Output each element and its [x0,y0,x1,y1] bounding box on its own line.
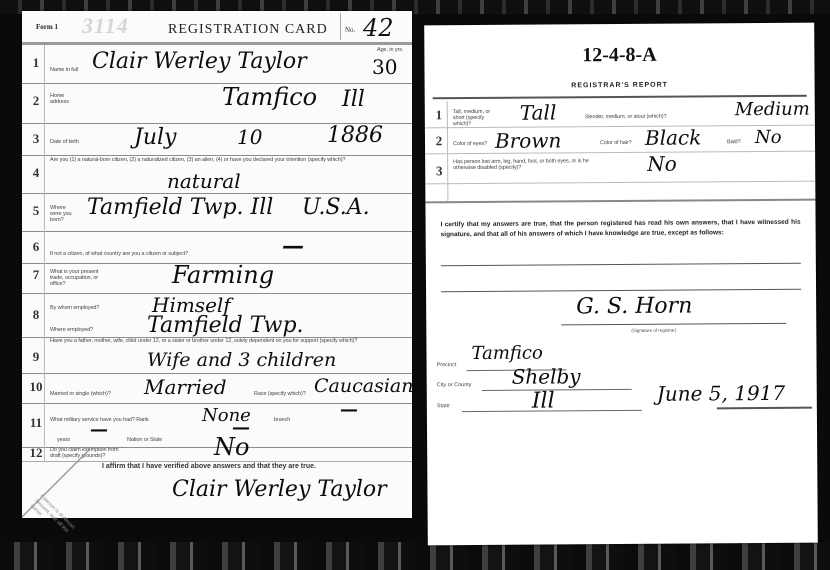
state-value: Ill [532,388,555,413]
registration-date: June 5, 1917 [657,381,785,406]
row-divider [44,123,45,155]
home-state-value: Ill [342,87,365,112]
registrars-report-card: 12-4-8-A REGISTRAR'S REPORT 1 Tall, medi… [424,23,818,546]
row-number: 6 [28,239,44,255]
registrar-signature-line [561,323,786,326]
row-home-address: 2 Home address Tamfico Ill [22,83,412,124]
height-label: Tall, medium, or short (specify which)? [453,109,503,127]
county-line [482,389,632,391]
disability-value: No [647,152,677,176]
row-divider [447,127,448,153]
field-label: Where were you born? [50,205,74,223]
registrar-signature: G. S. Horn [576,294,692,320]
birth-day: 10 [237,125,262,149]
field-label: If not a citizen, of what country are yo… [50,251,250,257]
faded-stamp: 3114 [82,13,129,39]
place-employed-value: Tamfield Twp. [147,313,304,338]
report-code: 12-4-8-A [424,43,814,69]
field-label: Date of birth [50,139,79,145]
field-label: Home address [50,93,80,105]
precinct-label: Precinct [437,362,457,368]
foreign-citizenship-value: — [282,233,304,259]
row-height-build: 1 Tall, medium, or short (specify which)… [425,99,815,129]
row-divider [447,183,448,201]
branch-label: branch [274,417,290,423]
field-label: Have you a father, mother, wife, child u… [50,338,410,344]
birth-year: 1886 [327,123,383,148]
date-line [717,407,812,410]
affirmation-text: I affirm that I have verified above answ… [102,463,316,470]
place-employed-label: Where employed? [50,327,93,333]
row-divider [44,231,45,263]
age-value: 30 [372,55,397,79]
precinct-value: Tamfico [471,343,542,364]
row-number: 7 [28,267,44,283]
serial-label: No. [345,26,355,34]
row-divider [447,153,448,183]
birth-country-value: U.S.A. [302,195,370,220]
row-employer: 8 By whom employed? Himself Where employ… [22,293,412,338]
row-number: 4 [28,165,44,181]
eye-color-value: Brown [495,128,561,152]
race-value: Caucasian [314,375,413,397]
age-label: Age, in yrs. [377,47,403,53]
bald-value: No [755,127,782,148]
row-disability: 3 Has person lost arm, leg, hand, foot, … [425,151,815,185]
serial-number-box: No. 42 [340,13,411,40]
home-address-value: Tamfico [222,83,317,111]
bald-label: Bald? [727,139,741,145]
row-eyes-hair: 2 Color of eyes? Brown Color of hair? Bl… [425,125,815,155]
build-label: Slender, medium, or stout (which)? [585,113,725,120]
form-label: Form 1 [36,23,58,31]
eye-color-label: Color of eyes? [453,141,487,147]
field-label: What is your present trade, occupation, … [50,269,110,287]
height-value: Tall [520,100,557,124]
signature-caption: (Signature of registrar) [631,328,676,333]
row-divider [44,293,45,337]
hair-color-label: Color of hair? [600,140,632,146]
row-foreign-citizenship: 6 If not a citizen, of what country are … [22,231,412,264]
field-label: Are you (1) a natural-born citizen, (2) … [50,157,405,163]
row-divider [44,263,45,293]
row-number: 9 [28,349,44,365]
years-label: years [57,437,70,443]
row-divider [44,403,45,447]
exemption-value: No [214,433,249,461]
exception-line-2 [441,289,801,293]
row-name: 1 Name in full Clair Werley Taylor Age, … [22,45,412,84]
row-occupation: 7 What is your present trade, occupation… [22,263,412,294]
row-divider [447,101,448,127]
branch-value: — [340,399,358,420]
occupation-value: Farming [172,261,274,289]
row-divider [44,337,45,373]
card-title: REGISTRATION CARD [168,22,328,38]
row-divider [44,83,45,123]
birthplace-value: Tamfield Twp. Ill [87,195,273,220]
card-header: Form 1 3114 REGISTRATION CARD No. 42 [22,11,412,45]
row-citizenship: 4 Are you (1) a natural-born citizen, (2… [22,155,412,194]
marital-value: Married [144,375,227,399]
row-number: 5 [28,203,44,219]
years-value: — [90,419,108,440]
nation-label: Nation or State [127,437,162,443]
build-value: Medium [735,99,810,121]
row-divider [44,193,45,231]
row-number: 2 [28,93,44,109]
film-strip-bottom [0,542,830,570]
exception-line-1 [441,263,801,267]
row-number: 2 [431,133,447,149]
dependents-value: Wife and 3 children [147,349,336,371]
row-spacer [425,181,815,204]
hair-color-value: Black [645,125,702,149]
registrant-signature: Clair Werley Taylor [172,477,387,502]
row-number: 3 [28,131,44,147]
row-date-of-birth: 3 Date of birth July 10 1886 [22,123,412,156]
state-label: State [437,403,450,409]
row-number: 11 [28,415,44,431]
name-value: Clair Werley Taylor [92,49,307,74]
registration-card: Form 1 3114 REGISTRATION CARD No. 42 1 N… [22,11,412,518]
row-number: 3 [431,163,447,179]
marital-label: Married or single (which)? [50,391,111,397]
row-dependents: 9 Have you a father, mother, wife, child… [22,337,412,374]
disability-label: Has person lost arm, leg, hand, foot, or… [453,158,593,171]
certification-text: I certify that my answers are true, that… [441,217,801,240]
row-divider [44,373,45,403]
race-label: Race (specify which)? [254,391,306,397]
serial-number: 42 [363,14,394,42]
field-label: Name in full [50,67,90,73]
county-value: Shelby [512,364,581,388]
row-number: 8 [28,307,44,323]
row-number: 10 [28,379,44,395]
county-label: City or County [437,382,472,388]
birth-month: July [134,125,176,150]
report-title: REGISTRAR'S REPORT [425,81,815,91]
citizenship-value: natural [167,169,241,193]
row-divider [44,155,45,193]
employer-label: By whom employed? [50,305,99,311]
row-number: 1 [28,55,44,71]
row-number: 1 [431,107,447,123]
row-birthplace: 5 Where were you born? Tamfield Twp. Ill… [22,193,412,232]
row-divider [44,45,45,83]
